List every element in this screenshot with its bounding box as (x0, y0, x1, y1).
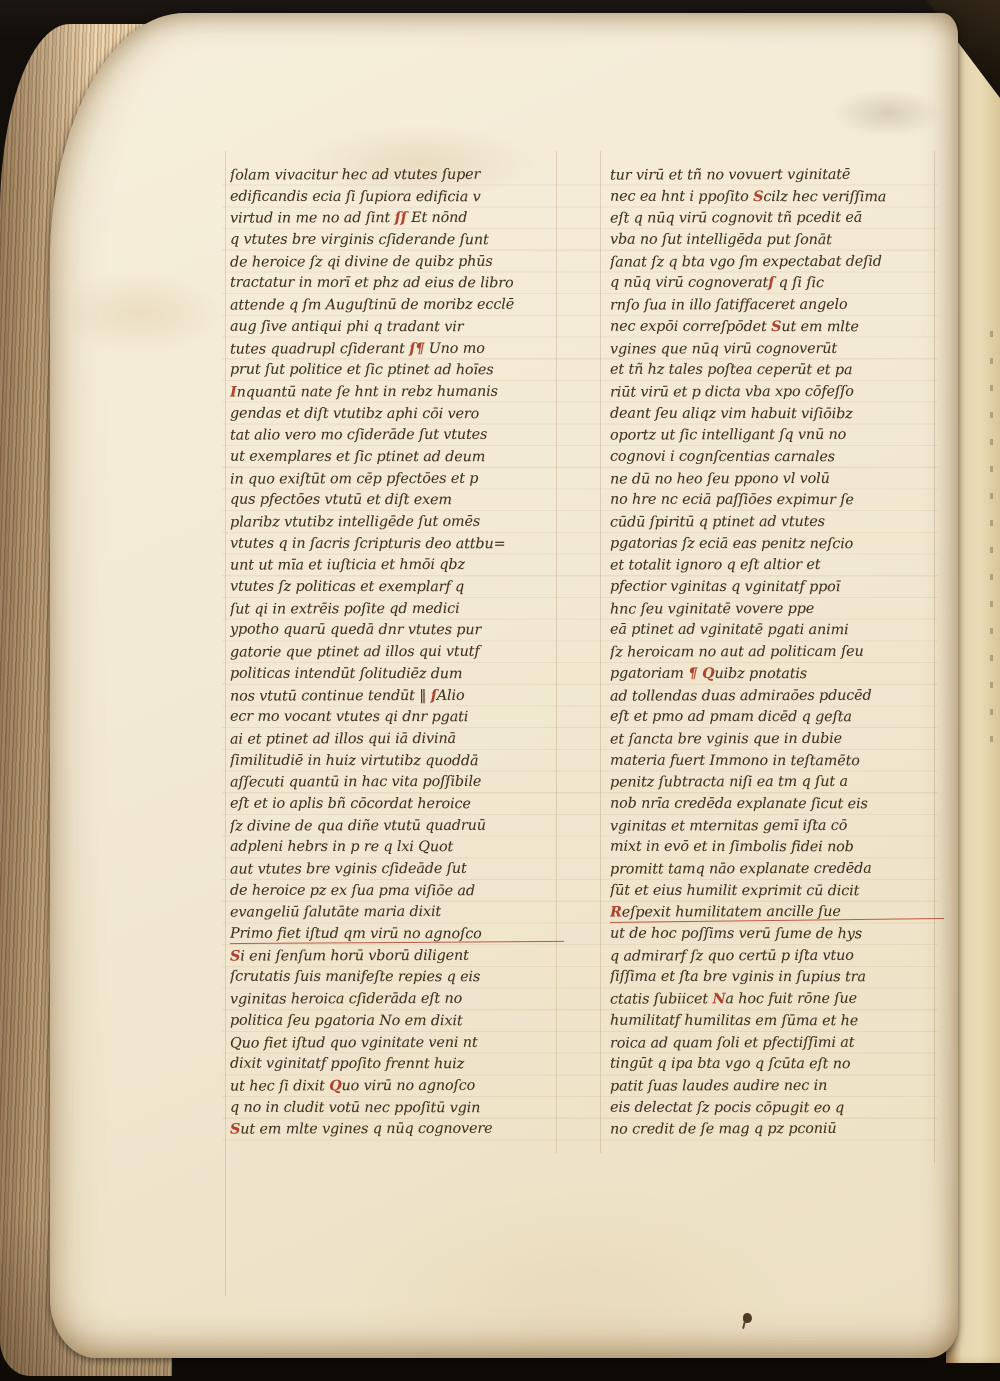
manuscript-line: et totalit ignoro q eſt altior et (610, 555, 948, 578)
manuscript-line: et ſancta bre vginis que in dubie (610, 728, 948, 751)
ink-text: ypotho quarū quedā dnr vtutes pur (230, 622, 481, 639)
ink-text: aug ſive antiqui phi q tradant vir (230, 318, 463, 334)
manuscript-photo-scene: ſolam vivacitur hec ad vtutes ſuperedifi… (0, 0, 1000, 1381)
manuscript-line: ne dū no heo ſeu ppono vl volū (610, 468, 948, 491)
ink-text: ad tollendas duas admiraōes pducēd (610, 687, 872, 704)
manuscript-line: nos vtutū continue tendūt ‖ ſAlio (230, 685, 568, 708)
ink-text: Quo fiet iſtud quo vginitate veni nt (230, 1034, 478, 1051)
manuscript-line: gatorie que ptinet ad illos qui vtutf (230, 642, 568, 665)
facing-page-text-specks (990, 331, 993, 751)
manuscript-line: ſcrutatis ſuis manifeſte repies q eis (230, 967, 568, 989)
ink-text: q admirarf ſz quo certū p iſta vtuo (610, 948, 854, 965)
manuscript-line: no hre nc eciā paſſiōes expimur ſe (610, 490, 948, 512)
manuscript-line: unt ut mīa et iuſticia et hmōi qbz (230, 555, 568, 578)
manuscript-line: q admirarf ſz quo certū p iſta vtuo (610, 945, 948, 968)
ink-text: ecr mo vocant vtutes qi dnr pgati (230, 709, 468, 725)
rubric-text: N (712, 991, 725, 1007)
ink-text: ſimilitudiē in huiz virtutibz quoddā (230, 752, 478, 769)
ink-text: ut exemplares et ſic ptinet ad deum (230, 449, 485, 466)
manuscript-line: deant ſeu aliqz vim habuit viſiōibz (610, 403, 948, 425)
manuscript-line: nec ea hnt i ppoſito Scilz hec veriſſima (610, 186, 948, 208)
manuscript-line: tat alio vero mo cſiderāde ſut vtutes (230, 425, 568, 448)
manuscript-line: adpleni hebrs in p re q lxi Quot (230, 837, 568, 859)
manuscript-line: vginitas heroica cſiderāda eſt no (230, 989, 568, 1012)
ink-text: vba no ſut intelligēda put ſonāt (610, 232, 832, 248)
manuscript-line: tractatur in morī et phz ad eius de libr… (230, 273, 568, 295)
ink-text: ut em mlte vgines q nūq cognovere (240, 1121, 492, 1138)
ink-text: ſz divine de qua diñe vtutū quadruū (230, 817, 486, 834)
manuscript-line: Si eni ſenſum horū vborū diligent (230, 945, 568, 968)
manuscript-line: eā ptinet ad vginitatē pgati animi (610, 620, 948, 642)
rubric-text: S (753, 189, 763, 205)
manuscript-line: vgines que nūq virū cognoverūt (610, 338, 948, 361)
ink-text: q ſi ſic (774, 275, 824, 291)
ink-text: promitt tamq nāo explanate credēda (610, 861, 872, 878)
ink-text: aſſecuti quantū in hac vita poſſibile (230, 774, 481, 791)
manuscript-line: q no in cludit votū nec ppoſitū vgin (230, 1097, 568, 1119)
manuscript-line: Primo fiet iſtud qm virū no agnoſco (230, 924, 568, 946)
rubric-text: ¶ (688, 666, 702, 682)
ink-blot (743, 1313, 752, 1323)
ink-text: hnc ſeu vginitatē vovere ppe (610, 601, 814, 618)
rubric-text: ſ¶ (409, 340, 424, 356)
manuscript-line: q vtutes bre virginis cſiderande ſunt (230, 230, 568, 252)
manuscript-line: dixit vginitatf ppoſito frennt huiz (230, 1054, 568, 1076)
manuscript-line: Reſpexit humilitatem ancille ſue (610, 902, 948, 925)
manuscript-line: et tñ hz tales poſtea ceperūt et pa (610, 360, 948, 382)
ink-text: ne dū no heo ſeu ppono vl volū (610, 470, 830, 487)
ink-text: plaribz vtutibz intelligēde ſut omēs (230, 514, 480, 531)
rubric-text: S (771, 319, 781, 335)
ink-text: tractatur in morī et phz ad eius de libr… (230, 275, 514, 292)
ink-text: politicas intendūt ſolitudiēz dum (230, 665, 462, 681)
manuscript-line: hnc ſeu vginitatē vovere ppe (610, 598, 948, 621)
ink-text: tingūt q ipa bta vgo q ſcūta eſt no (610, 1056, 850, 1073)
ink-text: oportz ut ſic intelligant ſq vnū no (610, 427, 846, 444)
manuscript-line: tur virū et tñ no vovuert vginitatē (610, 164, 948, 187)
manuscript-line: eſt et pmo ad pmam dicēd q geſta (610, 707, 948, 729)
manuscript-line: ctatis ſubiicet Na hoc fuit rōne ſue (610, 989, 948, 1012)
ink-text: q vtutes bre virginis cſiderande ſunt (230, 232, 489, 249)
ink-text: Et nōnd (407, 210, 468, 226)
manuscript-line: virtud in me no ad ſint ſſ Et nōnd (230, 208, 568, 231)
ink-text: eſt et io aplis bñ cōcordat heroice (230, 796, 471, 813)
ink-text: nob nrīa credēda explanate ſicut eis (610, 796, 868, 813)
rubric-text: R (610, 905, 622, 921)
manuscript-line: tutes quadrupl cſiderant ſ¶ Uno mo (230, 338, 568, 361)
manuscript-line: plaribz vtutibz intelligēde ſut omēs (230, 511, 568, 534)
ink-text: uo virū no agnoſco (342, 1078, 476, 1094)
ink-text: a hoc fuit rōne ſue (725, 991, 857, 1007)
ruling-line-gutter-right (600, 151, 601, 1153)
ink-text: edificandis ecia ſi ſupiora edificia v (230, 188, 481, 205)
ink-text: ſut qi in extrēis poſite qd medici (230, 601, 460, 618)
manuscript-line: politica ſeu pgatoria No em dixit (230, 1010, 568, 1032)
manuscript-line: roica ad quam ſoli et pfectiſſimi at (610, 1032, 948, 1055)
manuscript-page: ſolam vivacitur hec ad vtutes ſuperedifi… (50, 13, 958, 1358)
manuscript-line: Inquantū nate ſe hnt in rebz humanis (230, 381, 568, 404)
manuscript-line: aut vtutes bre vginis cſideāde ſut (230, 858, 568, 881)
manuscript-line: rnſo ſua in illo ſatiffaceret angelo (610, 295, 948, 318)
ink-text: pgatoriam (610, 665, 688, 681)
manuscript-line: ut hec ſi dixit Quo virū no agnoſco (230, 1075, 568, 1098)
ink-text: ctatis ſubiicet (610, 991, 712, 1007)
ink-text: cognovi i cognſcentias carnales (610, 449, 835, 465)
ink-text: de heroice ſz qi divine de quibz phūs (230, 253, 493, 270)
ink-text: mixt in evō et in ſimbolis fidei nob (610, 839, 854, 856)
ink-text: ſcrutatis ſuis manifeſte repies q eis (230, 969, 480, 986)
ink-text: ut hec ſi dixit (230, 1078, 329, 1094)
manuscript-line: ecr mo vocant vtutes qi dnr pgati (230, 707, 568, 729)
manuscript-line: in quo exiſtūt om cēp pfectōes et p (230, 468, 568, 491)
ink-text: eſpexit humilitatem ancille ſue (622, 904, 841, 921)
manuscript-line: cognovi i cognſcentias carnales (610, 447, 948, 469)
ink-text: qus pfectōes vtutū et diſt exem (230, 492, 452, 508)
manuscript-line: politicas intendūt ſolitudiēz dum (230, 663, 568, 685)
manuscript-line: Sut em mlte vgines q nūq cognovere (230, 1119, 568, 1142)
manuscript-line: eis delectat ſz pocis cōpugit eo q (610, 1097, 948, 1119)
manuscript-line: vtutes q in ſacris ſcripturis deo attbu= (230, 533, 568, 555)
ink-text: pfectior vginitas q vginitatf ppoī (610, 579, 840, 595)
ink-text: vgines que nūq virū cognoverūt (610, 340, 837, 357)
manuscript-line: edificandis ecia ſi ſupiora edificia v (230, 186, 568, 208)
ink-text: vginitas et mternitas gemī iſta cō (610, 817, 847, 834)
ink-text: patit ſuas laudes audire nec in (610, 1078, 827, 1095)
manuscript-line: prut ſut politice et ſic ptinet ad hoīes (230, 360, 568, 382)
manuscript-line: Quo fiet iſtud quo vginitate veni nt (230, 1032, 568, 1055)
manuscript-line: attende q ſm Auguſtinū de moribz ecclē (230, 295, 568, 318)
ink-text: et ſancta bre vginis que in dubie (610, 731, 842, 748)
ink-text: no hre nc eciā paſſiōes expimur ſe (610, 492, 854, 509)
ink-text: ai et ptinet ad illos qui iā divinā (230, 731, 456, 748)
ink-text: ſolam vivacitur hec ad vtutes ſuper (230, 167, 480, 184)
ink-text: cūdū ſpiritū q ptinet ad vtutes (610, 514, 825, 531)
ink-text: Uno mo (424, 340, 484, 356)
ink-text: nec ea hnt i ppoſito (610, 188, 753, 204)
ink-text: virtud in me no ad ſint (230, 210, 395, 227)
manuscript-line: riūt virū et p dicta vba xpo cōfeſſo (610, 381, 948, 404)
text-column-right: tur virū et tñ no vovuert vginitatēnec e… (610, 165, 948, 1141)
ruling-line-left (225, 151, 226, 1296)
ink-text: humilitatf humilitas em ſūma et he (610, 1012, 858, 1029)
manuscript-line: ad tollendas duas admiraōes pducēd (610, 685, 948, 708)
manuscript-line: tingūt q ipa bta vgo q ſcūta eſt no (610, 1054, 948, 1076)
manuscript-line: ſz divine de qua diñe vtutū quadruū (230, 815, 568, 838)
manuscript-line: evangeliū ſalutāte maria dixit (230, 902, 568, 925)
ink-text: de heroice pz ex ſua pma viſiōe ad (230, 882, 475, 899)
ink-text: nec expōi correſpōdet (610, 318, 771, 334)
ink-text: eis delectat ſz pocis cōpugit eo q (610, 1099, 844, 1115)
manuscript-line: materia fuert Immono in teſtamēto (610, 750, 948, 772)
ink-text: ſz heroicam no aut ad politicam ſeu (610, 644, 864, 661)
ink-text: i eni ſenſum horū vborū diligent (240, 948, 469, 965)
ink-text: materia fuert Immono in teſtamēto (610, 752, 860, 769)
rubric-text: Q (702, 666, 714, 682)
ink-text: q nūq virū cognoverat (610, 275, 768, 291)
ink-text: uibz pnotatis (714, 666, 807, 682)
manuscript-line: pgatorias ſz eciā eas penitz neſcio (610, 533, 948, 555)
manuscript-line: q nūq virū cognoveratſ q ſi ſic (610, 273, 948, 295)
ink-text: in quo exiſtūt om cēp pfectōes et p (230, 470, 478, 487)
ink-text: prut ſut politice et ſic ptinet ad hoīes (230, 362, 494, 379)
ink-text: Alio (437, 687, 465, 703)
ink-text: gendas et diſt vtutibz aphi cōi vero (230, 405, 479, 422)
ink-text: vtutes q in ſacris ſcripturis deo attbu= (230, 535, 506, 552)
ink-text: ut de hoc poſſims verū ſume de hys (610, 926, 862, 943)
ink-text: ſiſſima et ſta bre vginis in ſupius tra (610, 969, 866, 986)
rubric-text: S (230, 948, 240, 964)
ink-text: gatorie que ptinet ad illos qui vtutf (230, 644, 480, 661)
ink-text: adpleni hebrs in p re q lxi Quot (230, 839, 453, 855)
ink-text: deant ſeu aliqz vim habuit viſiōibz (610, 405, 853, 422)
ink-text: riūt virū et p dicta vba xpo cōfeſſo (610, 384, 854, 401)
manuscript-line: penitz ſubtracta niſi ea tm q ſut a (610, 772, 948, 795)
ink-text: et totalit ignoro q eſt altior et (610, 557, 820, 574)
manuscript-line: aſſecuti quantū in hac vita poſſibile (230, 772, 568, 795)
manuscript-line: ſimilitudiē in huiz virtutibz quoddā (230, 750, 568, 772)
manuscript-line: no credit de ſe mag q pz pconiū (610, 1119, 948, 1142)
rubric-text: Q (329, 1078, 341, 1094)
manuscript-line: vginitas et mternitas gemī iſta cō (610, 815, 948, 838)
manuscript-line: ypotho quarū quedā dnr vtutes pur (230, 620, 568, 642)
manuscript-line: ſūt et eius humilit exprimit cū dicit (610, 880, 948, 902)
manuscript-line: ut de hoc poſſims verū ſume de hys (610, 924, 948, 946)
manuscript-line: nob nrīa credēda explanate ſicut eis (610, 794, 948, 816)
ink-text: no credit de ſe mag q pz pconiū (610, 1121, 837, 1138)
manuscript-line: aug ſive antiqui phi q tradant vir (230, 316, 568, 338)
ink-text: vtutes ſz politicas et exemplarf q (230, 579, 464, 595)
ink-text: Primo fiet iſtud qm virū no agnoſco (230, 926, 482, 943)
manuscript-line: ut exemplares et ſic ptinet ad deum (230, 447, 568, 469)
manuscript-line: cūdū ſpiritū q ptinet ad vtutes (610, 511, 948, 534)
manuscript-line: nec expōi correſpōdet Sut em mlte (610, 316, 948, 338)
manuscript-line: patit ſuas laudes audire nec in (610, 1075, 948, 1098)
ink-text: et tñ hz tales poſtea ceperūt et pa (610, 362, 852, 379)
ink-text: rnſo ſua in illo ſatiffaceret angelo (610, 297, 848, 314)
ink-text: eſt q nūq virū cognovit tñ pcedit eā (610, 210, 862, 227)
ink-text: eā ptinet ad vginitatē pgati animi (610, 622, 849, 638)
ink-text: tat alio vero mo cſiderāde ſut vtutes (230, 427, 487, 444)
manuscript-line: humilitatf humilitas em ſūma et he (610, 1010, 948, 1032)
manuscript-line: ai et ptinet ad illos qui iā divinā (230, 728, 568, 751)
manuscript-line: eſt q nūq virū cognovit tñ pcedit eā (610, 208, 948, 231)
manuscript-line: qus pfectōes vtutū et diſt exem (230, 490, 568, 512)
manuscript-line: vba no ſut intelligēda put ſonāt (610, 230, 948, 252)
manuscript-line: mixt in evō et in ſimbolis fidei nob (610, 837, 948, 859)
manuscript-line: pfectior vginitas q vginitatf ppoī (610, 577, 948, 599)
manuscript-line: vtutes ſz politicas et exemplarf q (230, 577, 568, 599)
ink-text: politica ſeu pgatoria No em dixit (230, 1012, 463, 1028)
ink-text: cilz hec veriſſima (763, 189, 886, 205)
ink-text: ſanat ſz q bta vgo ſm expectabat deſid (610, 253, 882, 270)
manuscript-line: ſanat ſz q bta vgo ſm expectabat deſid (610, 251, 948, 274)
manuscript-line: oportz ut ſic intelligant ſq vnū no (610, 425, 948, 448)
rubric-text: ſſ (395, 210, 407, 226)
ink-text: dixit vginitatf ppoſito frennt huiz (230, 1056, 464, 1072)
ink-text: vginitas heroica cſiderāda eſt no (230, 991, 462, 1008)
manuscript-line: promitt tamq nāo explanate credēda (610, 858, 948, 881)
ink-text: penitz ſubtracta niſi ea tm q ſut a (610, 774, 848, 791)
ink-text: roica ad quam ſoli et pfectiſſimi at (610, 1034, 854, 1051)
rubric-text: S (230, 1122, 240, 1138)
ink-text: ut em mlte (781, 319, 858, 335)
ink-text: q no in cludit votū nec ppoſitū vgin (230, 1099, 480, 1116)
manuscript-line: de heroice ſz qi divine de quibz phūs (230, 251, 568, 274)
ink-text: pgatorias ſz eciā eas penitz neſcio (610, 535, 853, 552)
manuscript-line: gendas et diſt vtutibz aphi cōi vero (230, 403, 568, 425)
ink-text: ſūt et eius humilit exprimit cū dicit (610, 882, 859, 899)
ink-text: unt ut mīa et iuſticia et hmōi qbz (230, 557, 465, 574)
manuscript-line: ſiſſima et ſta bre vginis in ſupius tra (610, 967, 948, 989)
ink-text: eſt et pmo ad pmam dicēd q geſta (610, 709, 852, 726)
manuscript-line: de heroice pz ex ſua pma viſiōe ad (230, 880, 568, 902)
ink-text: attende q ſm Auguſtinū de moribz ecclē (230, 297, 514, 314)
manuscript-line: ſolam vivacitur hec ad vtutes ſuper (230, 164, 568, 187)
manuscript-line: pgatoriam ¶ Quibz pnotatis (610, 663, 948, 685)
ink-text: tur virū et tñ no vovuert vginitatē (610, 167, 850, 184)
ink-text: nquantū nate ſe hnt in rebz humanis (237, 384, 498, 401)
manuscript-line: eſt et io aplis bñ cōcordat heroice (230, 794, 568, 816)
manuscript-line: ſz heroicam no aut ad politicam ſeu (610, 642, 948, 665)
ink-text: aut vtutes bre vginis cſideāde ſut (230, 861, 467, 878)
ink-text: nos vtutū continue tendūt ‖ (230, 687, 431, 704)
ink-text: tutes quadrupl cſiderant (230, 340, 409, 357)
ink-text: evangeliū ſalutāte maria dixit (230, 904, 441, 921)
manuscript-line: ſut qi in extrēis poſite qd medici (230, 598, 568, 621)
text-column-left: ſolam vivacitur hec ad vtutes ſuperedifi… (230, 165, 568, 1141)
